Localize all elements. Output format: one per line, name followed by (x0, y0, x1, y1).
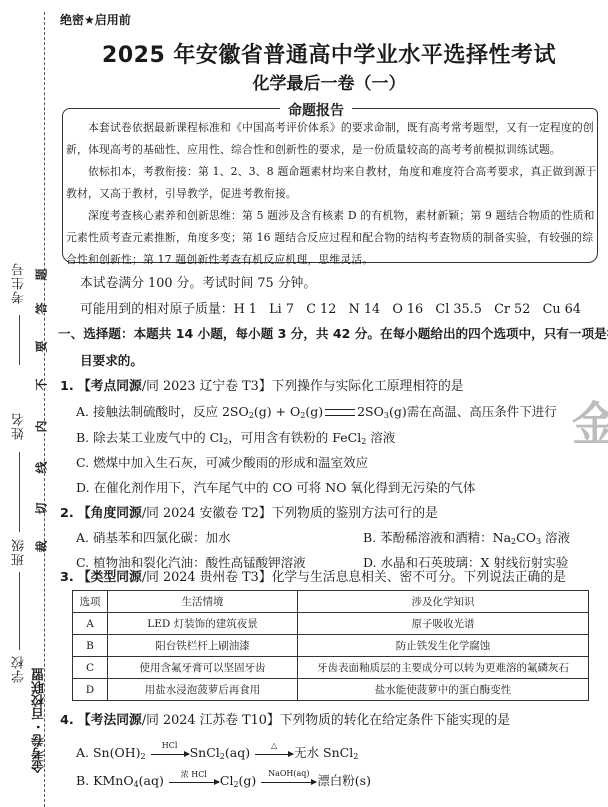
atomic-mass: O 16 (392, 302, 423, 317)
brand-label: 金考卷 · 百校联盟 (30, 668, 49, 773)
binding-char: 要 (33, 340, 50, 352)
table-row: A LED 灯装饰的建筑夜景 原子吸收光谱 (73, 613, 589, 635)
question-3-table: 选项 生活情境 涉及化学知识 A LED 灯装饰的建筑夜景 原子吸收光谱 B 阳… (72, 590, 589, 701)
atomic-mass: Cr 52 (494, 302, 530, 317)
section-heading: 一、选择题：本题共 14 小题，每小题 3 分，共 42 分。在每小题给出的四个… (58, 323, 608, 342)
atomic-mass: Cu 64 (543, 302, 581, 317)
table-header: 涉及化学知识 (298, 591, 589, 613)
table-row: D 用盐水浸泡菠萝后再食用 盐水能使菠萝中的蛋白酶变性 (73, 679, 589, 701)
table-row: B 阳台铁栏杆上刷油漆 防止铁发生化学腐蚀 (73, 635, 589, 657)
field-label-exam-number: 考生号 (10, 262, 29, 304)
field-line-exam-number[interactable] (19, 315, 20, 365)
binding-char: 裁 (33, 540, 50, 552)
report-paragraph: 深度考查核心素养和创新思维：第 5 题涉及含有核素 D 的有机物，素材新颖；第 … (66, 205, 598, 271)
table-header: 选项 (73, 591, 108, 613)
field-label-name: 姓名 (10, 412, 29, 440)
field-line-class[interactable] (19, 572, 20, 650)
binding-char: 切 (33, 502, 50, 514)
equilibrium-arrow-icon (325, 409, 355, 416)
question-1-option-c[interactable]: C. 燃煤中加入生石灰，可减少酸雨的形成和温室效应 (76, 453, 368, 471)
reaction-arrow-icon: NaOH(aq) (261, 780, 316, 783)
binding-char: 内 (33, 420, 50, 432)
question-2-option-b[interactable]: B. 苯酚稀溶液和酒精：Na2CO3 溶液 (363, 528, 570, 546)
reaction-arrow-icon: △ (255, 752, 293, 755)
watermark-logo: 金 (572, 388, 608, 454)
report-body: 本套试卷依据最新课程标准和《中国高考评价体系》的要求命制，既有高考常考题型，又有… (66, 117, 598, 271)
score-time-info: 本试卷满分 100 分。考试时间 75 分钟。 (80, 272, 316, 291)
question-1-option-d[interactable]: D. 在催化剂作用下，汽车尾气中的 CO 可将 NO 氧化得到无污染的气体 (76, 478, 475, 496)
field-label-school: 学校 (10, 655, 29, 683)
question-2-option-a[interactable]: A. 硝基苯和四氯化碳：加水 (76, 528, 230, 546)
table-header: 生活情境 (108, 591, 298, 613)
atomic-mass: H 1 (234, 302, 257, 317)
atomic-mass: C 12 (306, 302, 336, 317)
reaction-arrow-icon: 浓 HCl (169, 780, 219, 783)
field-label-class: 班级 (10, 538, 29, 566)
atomic-mass: N 14 (349, 302, 381, 317)
binding-char: 线 (33, 461, 50, 473)
question-1-stem: 1. 【考点同源/同 2023 辽宁卷 T3】下列操作与实际化工原理相符的是 (60, 375, 464, 394)
question-4-option-b[interactable]: B. KMnO4(aq) 浓 HClCl2(g) NaOH(aq)漂白粉(s) (76, 771, 371, 789)
table-row: C 使用含氟牙膏可以坚固牙齿 牙齿表面釉质层的主要成分可以转为更难溶的氟磷灰石 (73, 657, 589, 679)
atomic-mass: Li 7 (269, 302, 294, 317)
table-header-row: 选项 生活情境 涉及化学知识 (73, 591, 589, 613)
page-title: 2025 年安徽省普通高中学业水平选择性考试 (0, 38, 608, 69)
question-3-stem: 3. 【类型同源/同 2024 贵州卷 T3】化学与生活息息相关、密不可分。下列… (60, 566, 566, 585)
question-1-option-b[interactable]: B. 除去某工业废气中的 Cl2，可用含有铁粉的 FeCl2 溶液 (76, 428, 395, 446)
atomic-mass-info: 可能用到的相对原子质量：H 1 Li 7 C 12 N 14 O 16 Cl 3… (80, 298, 581, 317)
question-4-stem: 4. 【考法同源/同 2024 江苏卷 T10】下列物质的转化在给定条件下能实现… (60, 709, 510, 728)
question-4-option-a[interactable]: A. Sn(OH)2 HClSnCl2(aq) △无水 SnCl2 (76, 743, 358, 761)
question-1-option-a[interactable]: A. 接触法制硫酸时，反应 2SO2(g) + O2(g)2SO3(g)需在高温… (76, 402, 557, 420)
secret-label: 绝密★启用前 (60, 11, 131, 28)
binding-char: 答 (33, 302, 50, 314)
question-2-stem: 2. 【角度同源/同 2024 安徽卷 T2】下列物质的鉴别方法可行的是 (60, 502, 438, 521)
report-paragraph: 依标扣本，考教衔接：第 1、2、3、8 题命题素材均来自教材，角度和难度符合高考… (66, 161, 598, 205)
report-paragraph: 本套试卷依据最新课程标准和《中国高考评价体系》的要求命制，既有高考常考题型，又有… (66, 117, 598, 161)
page-subtitle: 化学最后一卷（一） (0, 69, 608, 94)
binding-char: 题 (33, 268, 50, 280)
field-line-name[interactable] (19, 452, 20, 532)
atomic-mass: Cl 35.5 (435, 302, 481, 317)
reaction-arrow-icon: HCl (151, 752, 189, 755)
binding-char: 不 (33, 378, 50, 390)
atomic-mass-label: 可能用到的相对原子质量： (80, 302, 234, 317)
section-heading-cont: 目要求的。 (80, 350, 143, 369)
